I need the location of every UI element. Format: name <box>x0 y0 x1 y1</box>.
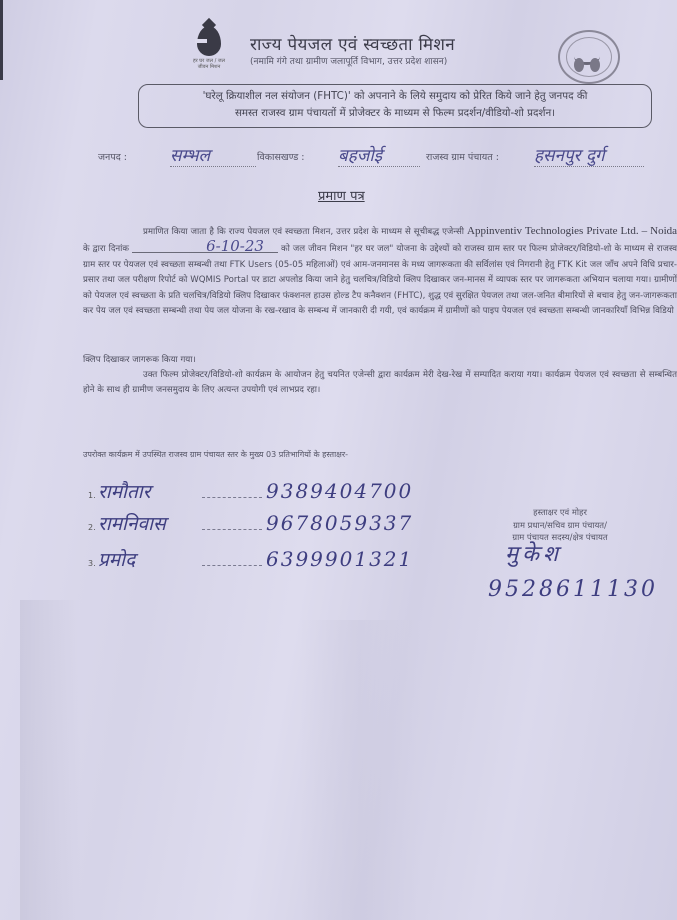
subject-banner: 'घरेलू क्रियाशील नल संयोजन (FHTC)' को अप… <box>138 84 652 128</box>
pradhan-phone: 9528611130 <box>488 577 658 602</box>
har-ghar-jal-logo-icon: हर घर जल / जल जीवन मिशन <box>189 26 229 74</box>
banner-line-2: समस्त राजस्व ग्राम पंचायतों में प्रोजेक्… <box>139 105 651 122</box>
block-label: विकासखण्ड : <box>257 150 305 163</box>
agency-name: Appinventiv Technologies Private Ltd. – … <box>467 225 677 237</box>
panchayat-value: हसनपुर दुर्ग <box>534 143 644 167</box>
program-date: 6-10-23 <box>132 240 278 253</box>
paper-fold-shadow <box>20 600 80 920</box>
district-value: सम्भल <box>170 143 256 167</box>
banner-line-1: 'घरेलू क्रियाशील नल संयोजन (FHTC)' को अप… <box>139 88 651 105</box>
participant-signature: रामौतार <box>98 478 198 504</box>
participant-row: 2. रामनिवास 9678059337 <box>88 510 413 538</box>
participant-phone: 9389404700 <box>266 479 413 503</box>
logo-caption: हर घर जल / जल जीवन मिशन <box>189 58 229 70</box>
up-state-emblem-icon <box>558 30 620 84</box>
participant-row: 1. रामौतार 9389404700 <box>88 478 413 506</box>
seal-line-1: हस्ताक्षर एवं मोहर <box>470 506 650 519</box>
participant-phone: 9678059337 <box>266 511 413 535</box>
seal-line-2: ग्राम प्रधान/सचिव ग्राम पंचायत/ <box>470 519 650 532</box>
panchayat-label: राजस्व ग्राम पंचायत : <box>426 150 499 163</box>
certificate-paragraph-1: प्रमाणित किया जाता है कि राज्य पेयजल एवं… <box>83 224 677 319</box>
fish-icon <box>574 58 584 72</box>
participant-phone: 6399901321 <box>266 547 413 571</box>
district-label: जनपद : <box>98 150 127 163</box>
certificate-paragraph-1-end: क्लिप दिखाकर जागरूक किया गया। <box>83 353 677 368</box>
paper-edge-shadow <box>0 0 3 80</box>
block-value: बहजोई <box>338 143 420 167</box>
participant-signature: प्रमोद <box>98 546 198 572</box>
mission-subtitle: (नमामि गंगे तथा ग्रामीण जलापूर्ति विभाग,… <box>250 54 447 67</box>
paper-fold-shadow <box>300 620 420 920</box>
pradhan-signature: मुकेश <box>505 538 562 568</box>
certificate-paragraph-2: उक्त फिल्म प्रोजेक्टर/विडियो-शो कार्यक्र… <box>83 368 677 399</box>
participant-row: 3. प्रमोद 6399901321 <box>88 546 413 574</box>
participants-intro: उपरोक्त कार्यक्रम में उपस्थित राजस्व ग्र… <box>83 449 413 461</box>
fish-icon <box>590 58 600 72</box>
certificate-heading: प्रमाण पत्र <box>318 186 365 204</box>
participant-signature: रामनिवास <box>98 510 198 536</box>
mission-title: राज्य पेयजल एवं स्वच्छता मिशन <box>250 32 455 55</box>
tap-icon <box>195 39 207 43</box>
